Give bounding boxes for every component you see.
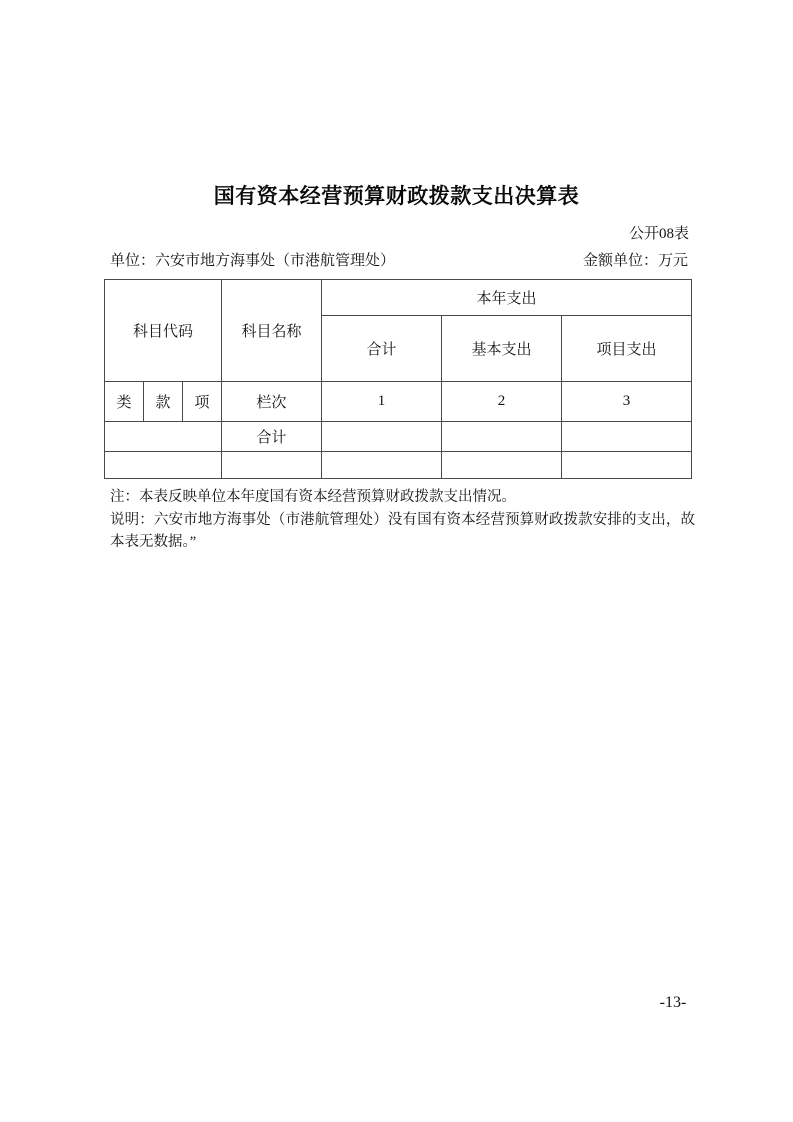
header-current-year-expenditure: 本年支出 bbox=[322, 280, 692, 316]
form-code-label: 公开08表 bbox=[629, 224, 689, 244]
table-row bbox=[105, 452, 692, 479]
row-total-project-cell bbox=[562, 422, 692, 452]
row-total-total-cell bbox=[322, 422, 442, 452]
footnotes: 注：本表反映单位本年度国有资本经营预算财政拨款支出情况。 说明：六安市地方海事处… bbox=[110, 486, 695, 554]
row-empty-total-cell bbox=[322, 452, 442, 479]
page-title: 国有资本经营预算财政拨款支出决算表 bbox=[0, 183, 793, 211]
document-page: 国有资本经营预算财政拨款支出决算表 公开08表 单位：六安市地方海事处（市港航管… bbox=[0, 0, 793, 1122]
row-empty-code-cell bbox=[105, 452, 222, 479]
explanation-line: 说明：六安市地方海事处（市港航管理处）没有国有资本经营预算财政拨款安排的支出，故… bbox=[110, 509, 695, 554]
header-basic-expenditure: 基本支出 bbox=[442, 316, 562, 382]
row-empty-basic-cell bbox=[442, 452, 562, 479]
unit-name-label: 单位：六安市地方海事处（市港航管理处） bbox=[110, 251, 395, 271]
subheader-category: 类 bbox=[105, 382, 144, 422]
row-total-code-cell bbox=[105, 422, 222, 452]
header-subject-code: 科目代码 bbox=[105, 280, 222, 382]
table-row: 科目代码 科目名称 本年支出 bbox=[105, 280, 692, 316]
table-row: 合计 bbox=[105, 422, 692, 452]
header-total: 合计 bbox=[322, 316, 442, 382]
row-empty-project-cell bbox=[562, 452, 692, 479]
row-total-name-cell: 合计 bbox=[222, 422, 322, 452]
amount-unit-label: 金额单位：万元 bbox=[583, 251, 688, 271]
subheader-section: 款 bbox=[144, 382, 183, 422]
note-line: 注：本表反映单位本年度国有资本经营预算财政拨款支出情况。 bbox=[110, 486, 695, 509]
subheader-col-1: 1 bbox=[322, 382, 442, 422]
table-row: 类 款 项 栏次 1 2 3 bbox=[105, 382, 692, 422]
subheader-col-2: 2 bbox=[442, 382, 562, 422]
expenditure-table: 科目代码 科目名称 本年支出 合计 基本支出 项目支出 类 款 项 栏次 1 2… bbox=[104, 279, 692, 479]
page-number: -13- bbox=[633, 993, 713, 1013]
subheader-item: 项 bbox=[183, 382, 222, 422]
subheader-column-label: 栏次 bbox=[222, 382, 322, 422]
header-project-expenditure: 项目支出 bbox=[562, 316, 692, 382]
row-total-basic-cell bbox=[442, 422, 562, 452]
subheader-col-3: 3 bbox=[562, 382, 692, 422]
header-subject-name: 科目名称 bbox=[222, 280, 322, 382]
row-empty-name-cell bbox=[222, 452, 322, 479]
